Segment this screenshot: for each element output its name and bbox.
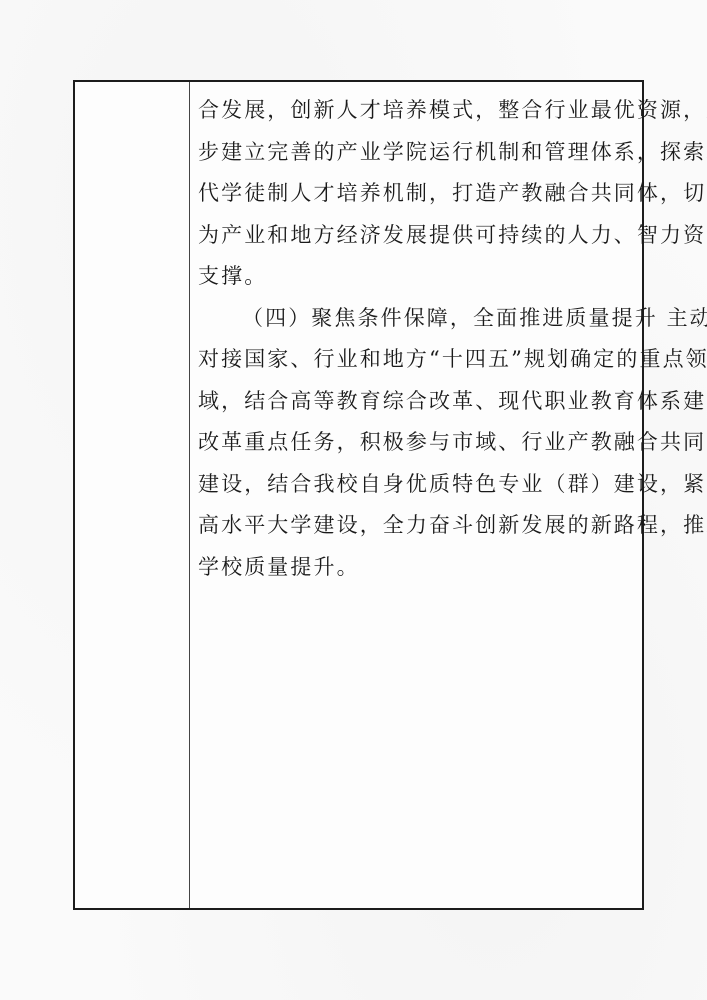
text-line: 域，结合高等教育综合改革、现代职业教育体系建设: [198, 381, 636, 423]
text-line: 学校质量提升。: [198, 547, 636, 589]
section-four-paragraph: （四）聚焦条件保障，全面推进质量提升 主动 对接国家、行业和地方“十四五”规划确…: [198, 298, 636, 589]
text-line: 合发展，创新人才培养模式，整合行业最优资源，逐: [198, 90, 636, 132]
section-heading-line: （四）聚焦条件保障，全面推进质量提升 主动: [198, 298, 636, 340]
text-line: 建设，结合我校自身优质特色专业（群）建设，紧扣: [198, 464, 636, 506]
text-line: 代学徒制人才培养机制，打造产教融合共同体，切实: [198, 173, 636, 215]
text-line: 为产业和地方经济发展提供可持续的人力、智力资源: [198, 215, 636, 257]
content-cell: 合发展，创新人才培养模式，整合行业最优资源，逐 步建立完善的产业学院运行机制和管…: [190, 82, 642, 908]
text-line: 支撑。: [198, 256, 636, 298]
text-line: 对接国家、行业和地方“十四五”规划确定的重点领: [198, 339, 636, 381]
label-cell: [75, 82, 189, 908]
form-table: 合发展，创新人才培养模式，整合行业最优资源，逐 步建立完善的产业学院运行机制和管…: [73, 80, 644, 910]
text-line: 改革重点任务，积极参与市域、行业产教融合共同体: [198, 422, 636, 464]
text-line: 高水平大学建设，全力奋斗创新发展的新路程，推进: [198, 505, 636, 547]
text-line: 步建立完善的产业学院运行机制和管理体系，探索现: [198, 132, 636, 174]
paragraph-continued: 合发展，创新人才培养模式，整合行业最优资源，逐 步建立完善的产业学院运行机制和管…: [198, 90, 636, 298]
